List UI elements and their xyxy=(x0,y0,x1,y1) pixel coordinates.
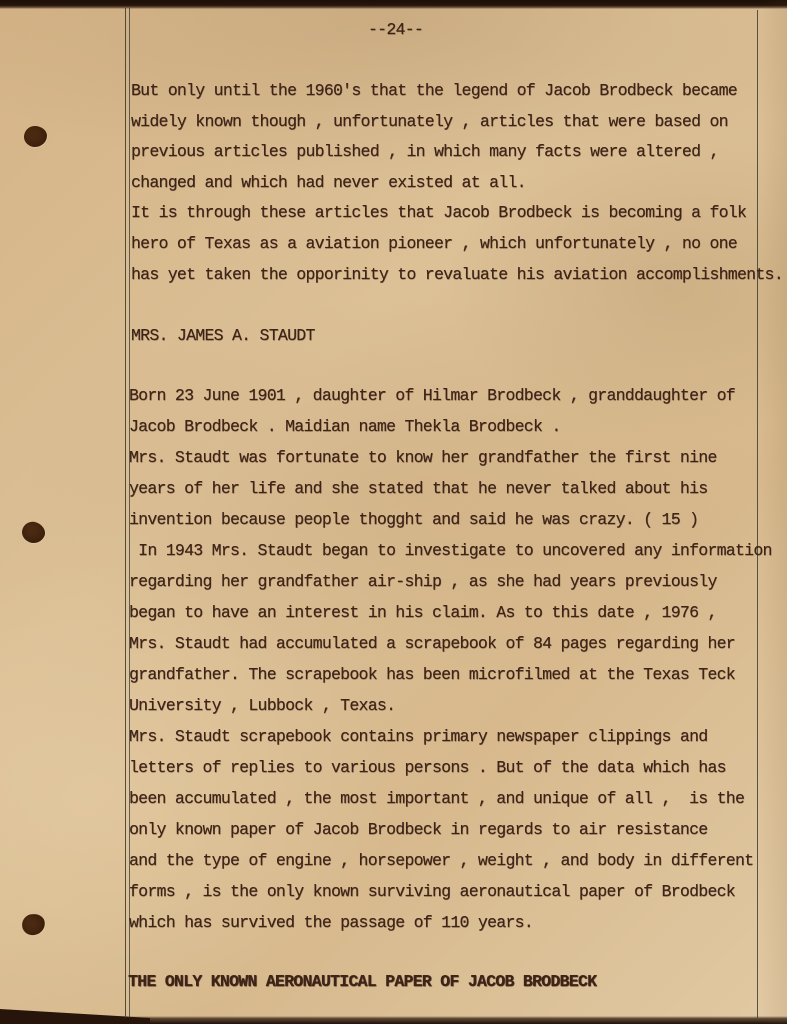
text-line: grandfather. The scrapebook has been mic… xyxy=(129,659,772,690)
text-line: forms , is the only known surviving aero… xyxy=(129,876,772,907)
text-line: changed and which had never existed at a… xyxy=(131,168,783,199)
text-line: letters of replies to various persons . … xyxy=(129,752,772,783)
text-line: But only until the 1960's that the legen… xyxy=(131,76,783,107)
text-line: been accumulated , the most important , … xyxy=(129,783,772,814)
section-heading-aeronautical-paper: THE ONLY KNOWN AERONAUTICAL PAPER OF JAC… xyxy=(128,966,596,997)
text-line: Mrs. Staudt scrapebook contains primary … xyxy=(129,721,772,752)
text-line: Mrs. Staudt had accumulated a scrapebook… xyxy=(129,628,772,659)
text-line: invention because people thogght and sai… xyxy=(129,504,772,535)
text-line: which has survived the passage of 110 ye… xyxy=(129,907,772,938)
text-line: Born 23 June 1901 , daughter of Hilmar B… xyxy=(129,380,772,411)
text-line: only known paper of Jacob Brodbeck in re… xyxy=(129,814,772,845)
document-page: --24-- But only until the 1960's that th… xyxy=(0,0,787,1024)
scan-edge-top xyxy=(0,0,787,9)
text-line: hero of Texas as a aviation pioneer , wh… xyxy=(131,229,783,260)
text-line: Jacob Brodbeck . Maidian name Thekla Bro… xyxy=(129,411,772,442)
paragraph-mrs-staudt: Born 23 June 1901 , daughter of Hilmar B… xyxy=(129,380,772,938)
text-line: widely known though , unfortunately , ar… xyxy=(131,107,783,138)
text-line: and the type of engine , horsepower , we… xyxy=(129,845,772,876)
text-line: has yet taken the opporinity to revaluat… xyxy=(131,260,783,291)
text-line: previous articles published , in which m… xyxy=(131,137,783,168)
text-line: regarding her grandfather air-ship , as … xyxy=(129,566,772,597)
text-line: years of her life and she stated that he… xyxy=(129,473,772,504)
punch-hole-bottom xyxy=(20,912,47,937)
paragraph-legend: But only until the 1960's that the legen… xyxy=(131,76,783,290)
text-line: University , Lubbock , Texas. xyxy=(129,690,772,721)
section-heading-mrs-staudt: MRS. JAMES A. STAUDT xyxy=(131,320,315,351)
text-line: began to have an interest in his claim. … xyxy=(129,597,772,628)
page-number: --24-- xyxy=(368,14,423,45)
punch-hole-middle xyxy=(19,519,48,547)
text-line: In 1943 Mrs. Staudt began to investigate… xyxy=(129,535,772,566)
punch-hole-top xyxy=(24,126,47,147)
text-line: Mrs. Staudt was fortunate to know her gr… xyxy=(129,442,772,473)
text-line: It is through these articles that Jacob … xyxy=(131,198,783,229)
